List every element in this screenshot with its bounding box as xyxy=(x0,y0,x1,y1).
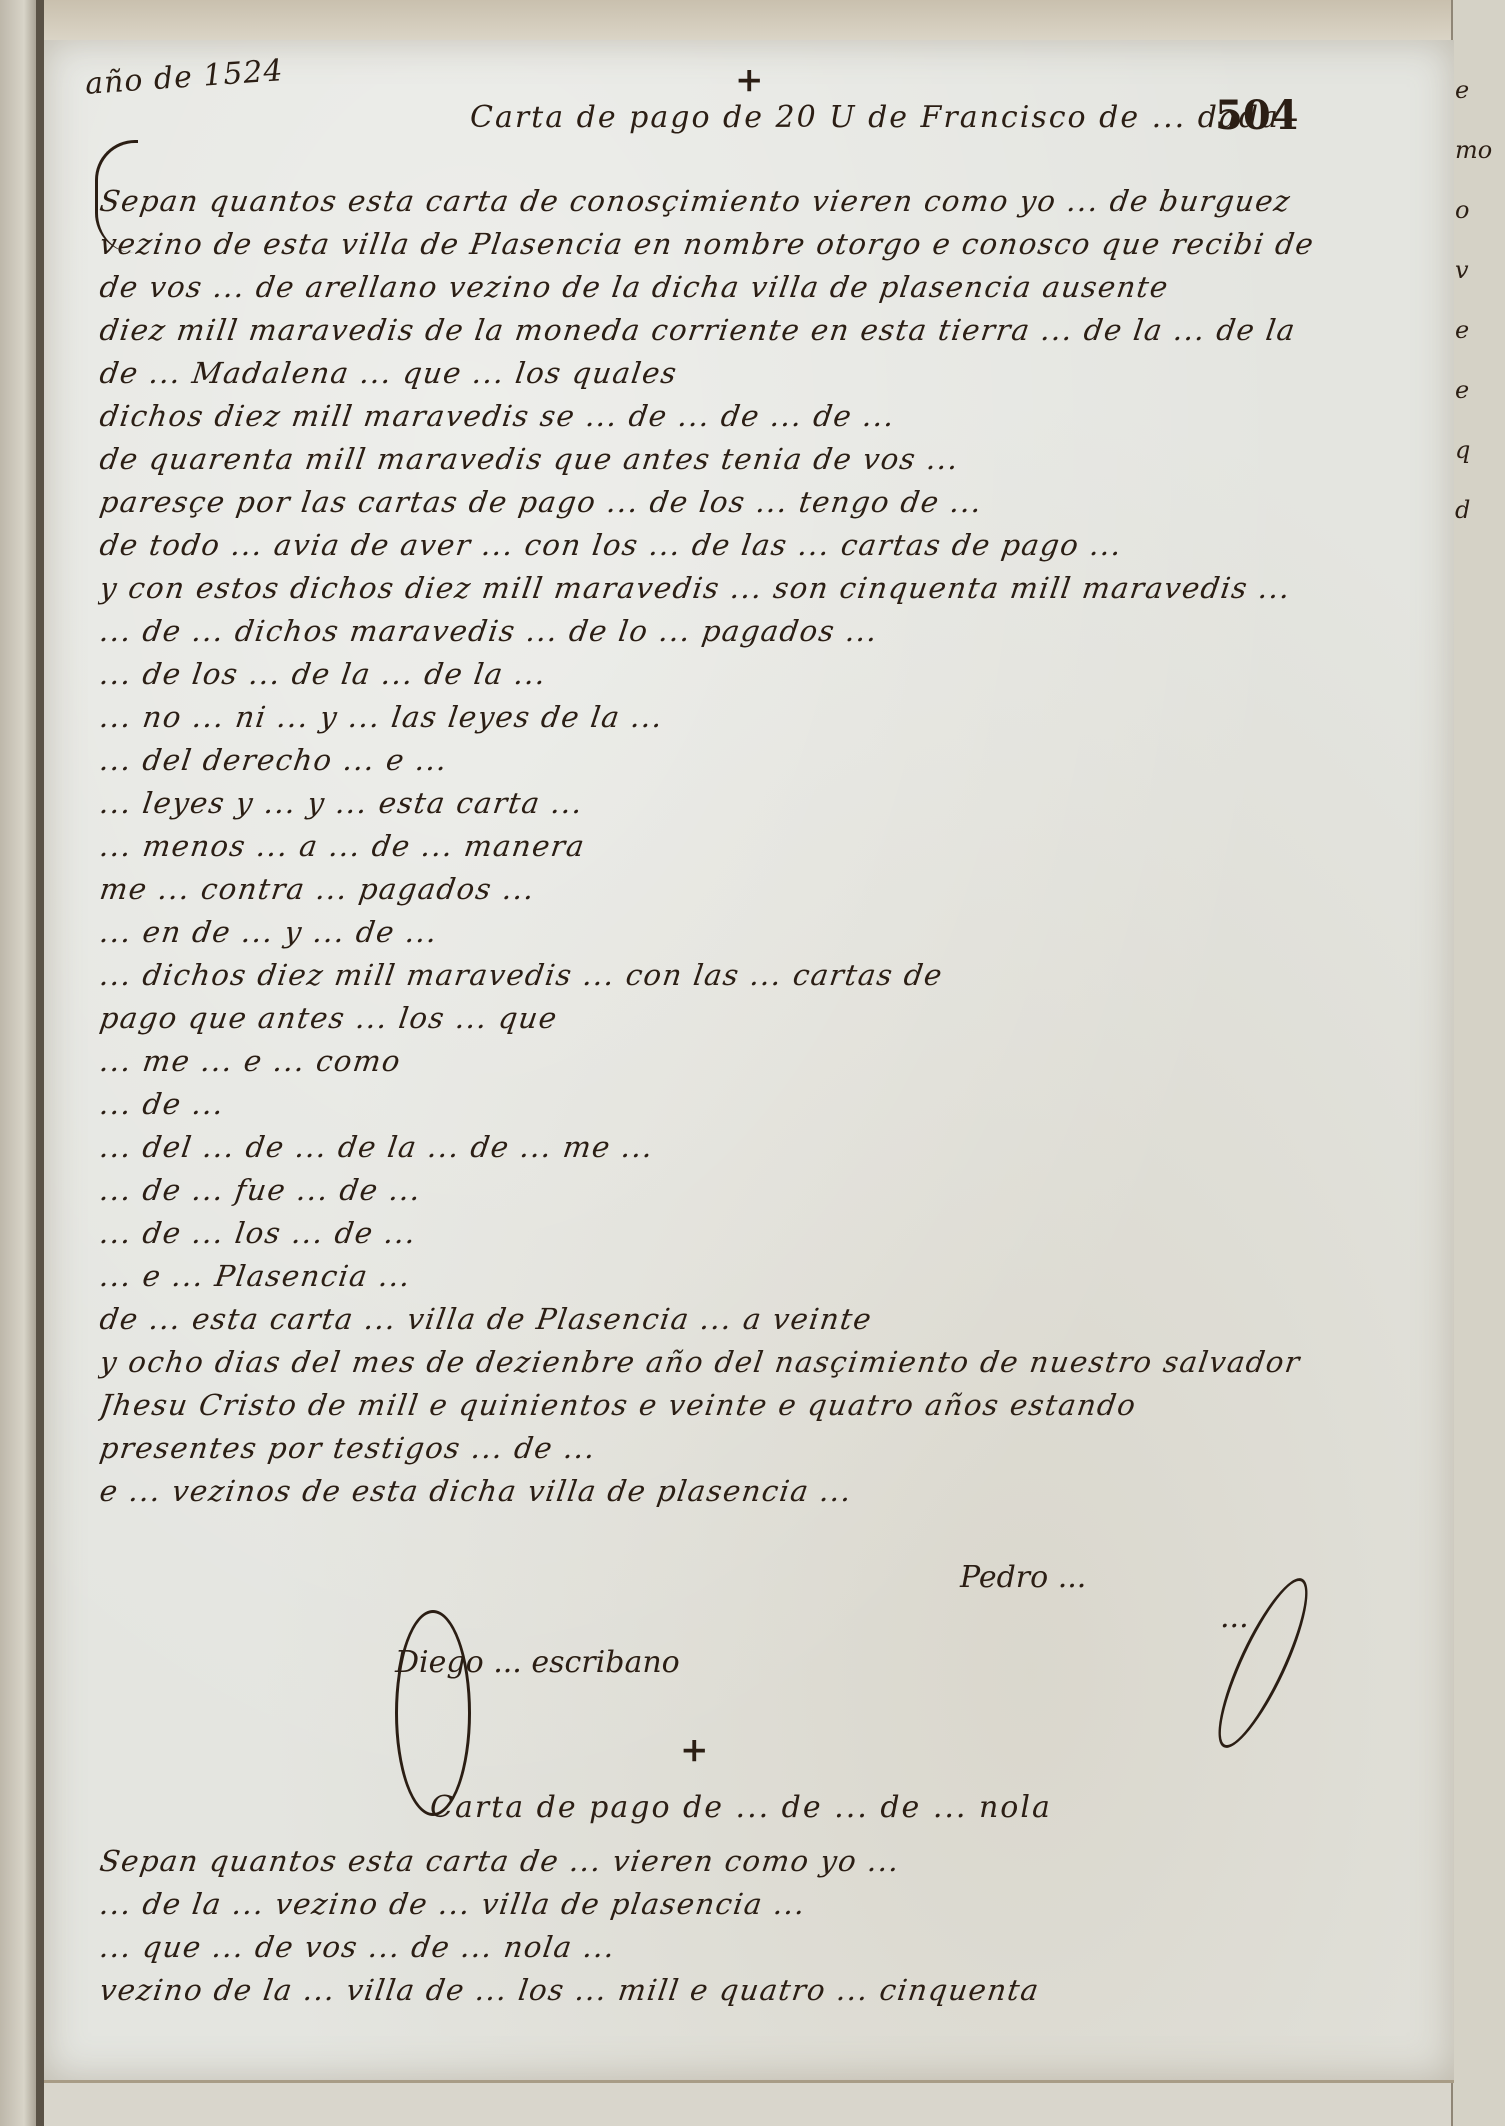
page-top-edge xyxy=(44,0,1505,44)
entry-title: Carta de pago de 20 U de Francisco de ..… xyxy=(470,100,1280,135)
manuscript-line: e ... vezinos de esta dicha villa de pla… xyxy=(97,1470,1453,1513)
manuscript-line: ... de ... fue ... de ... xyxy=(97,1169,1453,1212)
manuscript-line: ... de ... los ... de ... xyxy=(97,1212,1453,1255)
manuscript-line: diez mill maravedis de la moneda corrien… xyxy=(97,309,1453,352)
manuscript-line: y con estos dichos diez mill maravedis .… xyxy=(97,567,1453,610)
right-page-edge: emooveeqd xyxy=(1451,0,1505,2126)
folio-number: 504 xyxy=(1215,92,1299,139)
cross-mark: + xyxy=(680,1730,709,1770)
manuscript-line: ... de la ... vezino de ... villa de pla… xyxy=(97,1883,1453,1926)
manuscript-line: Jhesu Cristo de mill e quinientos e vein… xyxy=(97,1384,1453,1427)
manuscript-line: pago que antes ... los ... que xyxy=(97,997,1453,1040)
manuscript-line: ... e ... Plasencia ... xyxy=(97,1255,1453,1298)
manuscript-line: y ocho dias del mes de dezienbre año del… xyxy=(97,1341,1453,1384)
cross-mark: + xyxy=(735,60,764,100)
entry-title: Carta de pago de ... de ... de ... nola xyxy=(430,1790,1052,1825)
manuscript-spread: emooveeqd año de 1524 + Carta de pago de… xyxy=(0,0,1505,2126)
manuscript-line: ... menos ... a ... de ... manera xyxy=(97,825,1453,868)
manuscript-line: me ... contra ... pagados ... xyxy=(97,868,1453,911)
manuscript-line: ... que ... de vos ... de ... nola ... xyxy=(97,1926,1453,1969)
manuscript-line: ... del ... de ... de la ... de ... me .… xyxy=(97,1126,1453,1169)
entry-body: Sepan quantos esta carta de conosçimient… xyxy=(100,180,1450,1513)
manuscript-line: de ... esta carta ... villa de Plasencia… xyxy=(97,1298,1453,1341)
manuscript-line: ... de ... xyxy=(97,1083,1453,1126)
manuscript-line: vezino de esta villa de Plasencia en nom… xyxy=(97,223,1453,266)
manuscript-line: ... de los ... de la ... de la ... xyxy=(97,653,1453,696)
manuscript-line: ... dichos diez mill maravedis ... con l… xyxy=(97,954,1453,997)
binding-gutter xyxy=(36,0,44,2126)
manuscript-line: de quarenta mill maravedis que antes ten… xyxy=(97,438,1453,481)
manuscript-line: ... no ... ni ... y ... las leyes de la … xyxy=(97,696,1453,739)
manuscript-line: Sepan quantos esta carta de conosçimient… xyxy=(97,180,1453,223)
signature-third: ... xyxy=(1220,1600,1249,1635)
manuscript-line: de ... Madalena ... que ... los quales xyxy=(97,352,1453,395)
left-page-edge xyxy=(0,0,40,2126)
signature-witness: Pedro ... xyxy=(960,1560,1086,1595)
entry-body: Sepan quantos esta carta de ... vieren c… xyxy=(100,1840,1450,2012)
signature-flourish xyxy=(395,1610,471,1816)
manuscript-line: ... me ... e ... como xyxy=(97,1040,1453,1083)
manuscript-line: presentes por testigos ... de ... xyxy=(97,1427,1453,1470)
manuscript-line: de vos ... de arellano vezino de la dich… xyxy=(97,266,1453,309)
manuscript-line: vezino de la ... villa de ... los ... mi… xyxy=(97,1969,1453,2012)
manuscript-line: paresçe por las cartas de pago ... de lo… xyxy=(97,481,1453,524)
manuscript-line: dichos diez mill maravedis se ... de ...… xyxy=(97,395,1453,438)
manuscript-line: ... en de ... y ... de ... xyxy=(97,911,1453,954)
right-margin-fragments: emooveeqd xyxy=(1455,60,1501,540)
manuscript-line: ... leyes y ... y ... esta carta ... xyxy=(97,782,1453,825)
manuscript-line: ... del derecho ... e ... xyxy=(97,739,1453,782)
manuscript-line: de todo ... avia de aver ... con los ...… xyxy=(97,524,1453,567)
manuscript-line: ... de ... dichos maravedis ... de lo ..… xyxy=(97,610,1453,653)
manuscript-line: Sepan quantos esta carta de ... vieren c… xyxy=(97,1840,1453,1883)
